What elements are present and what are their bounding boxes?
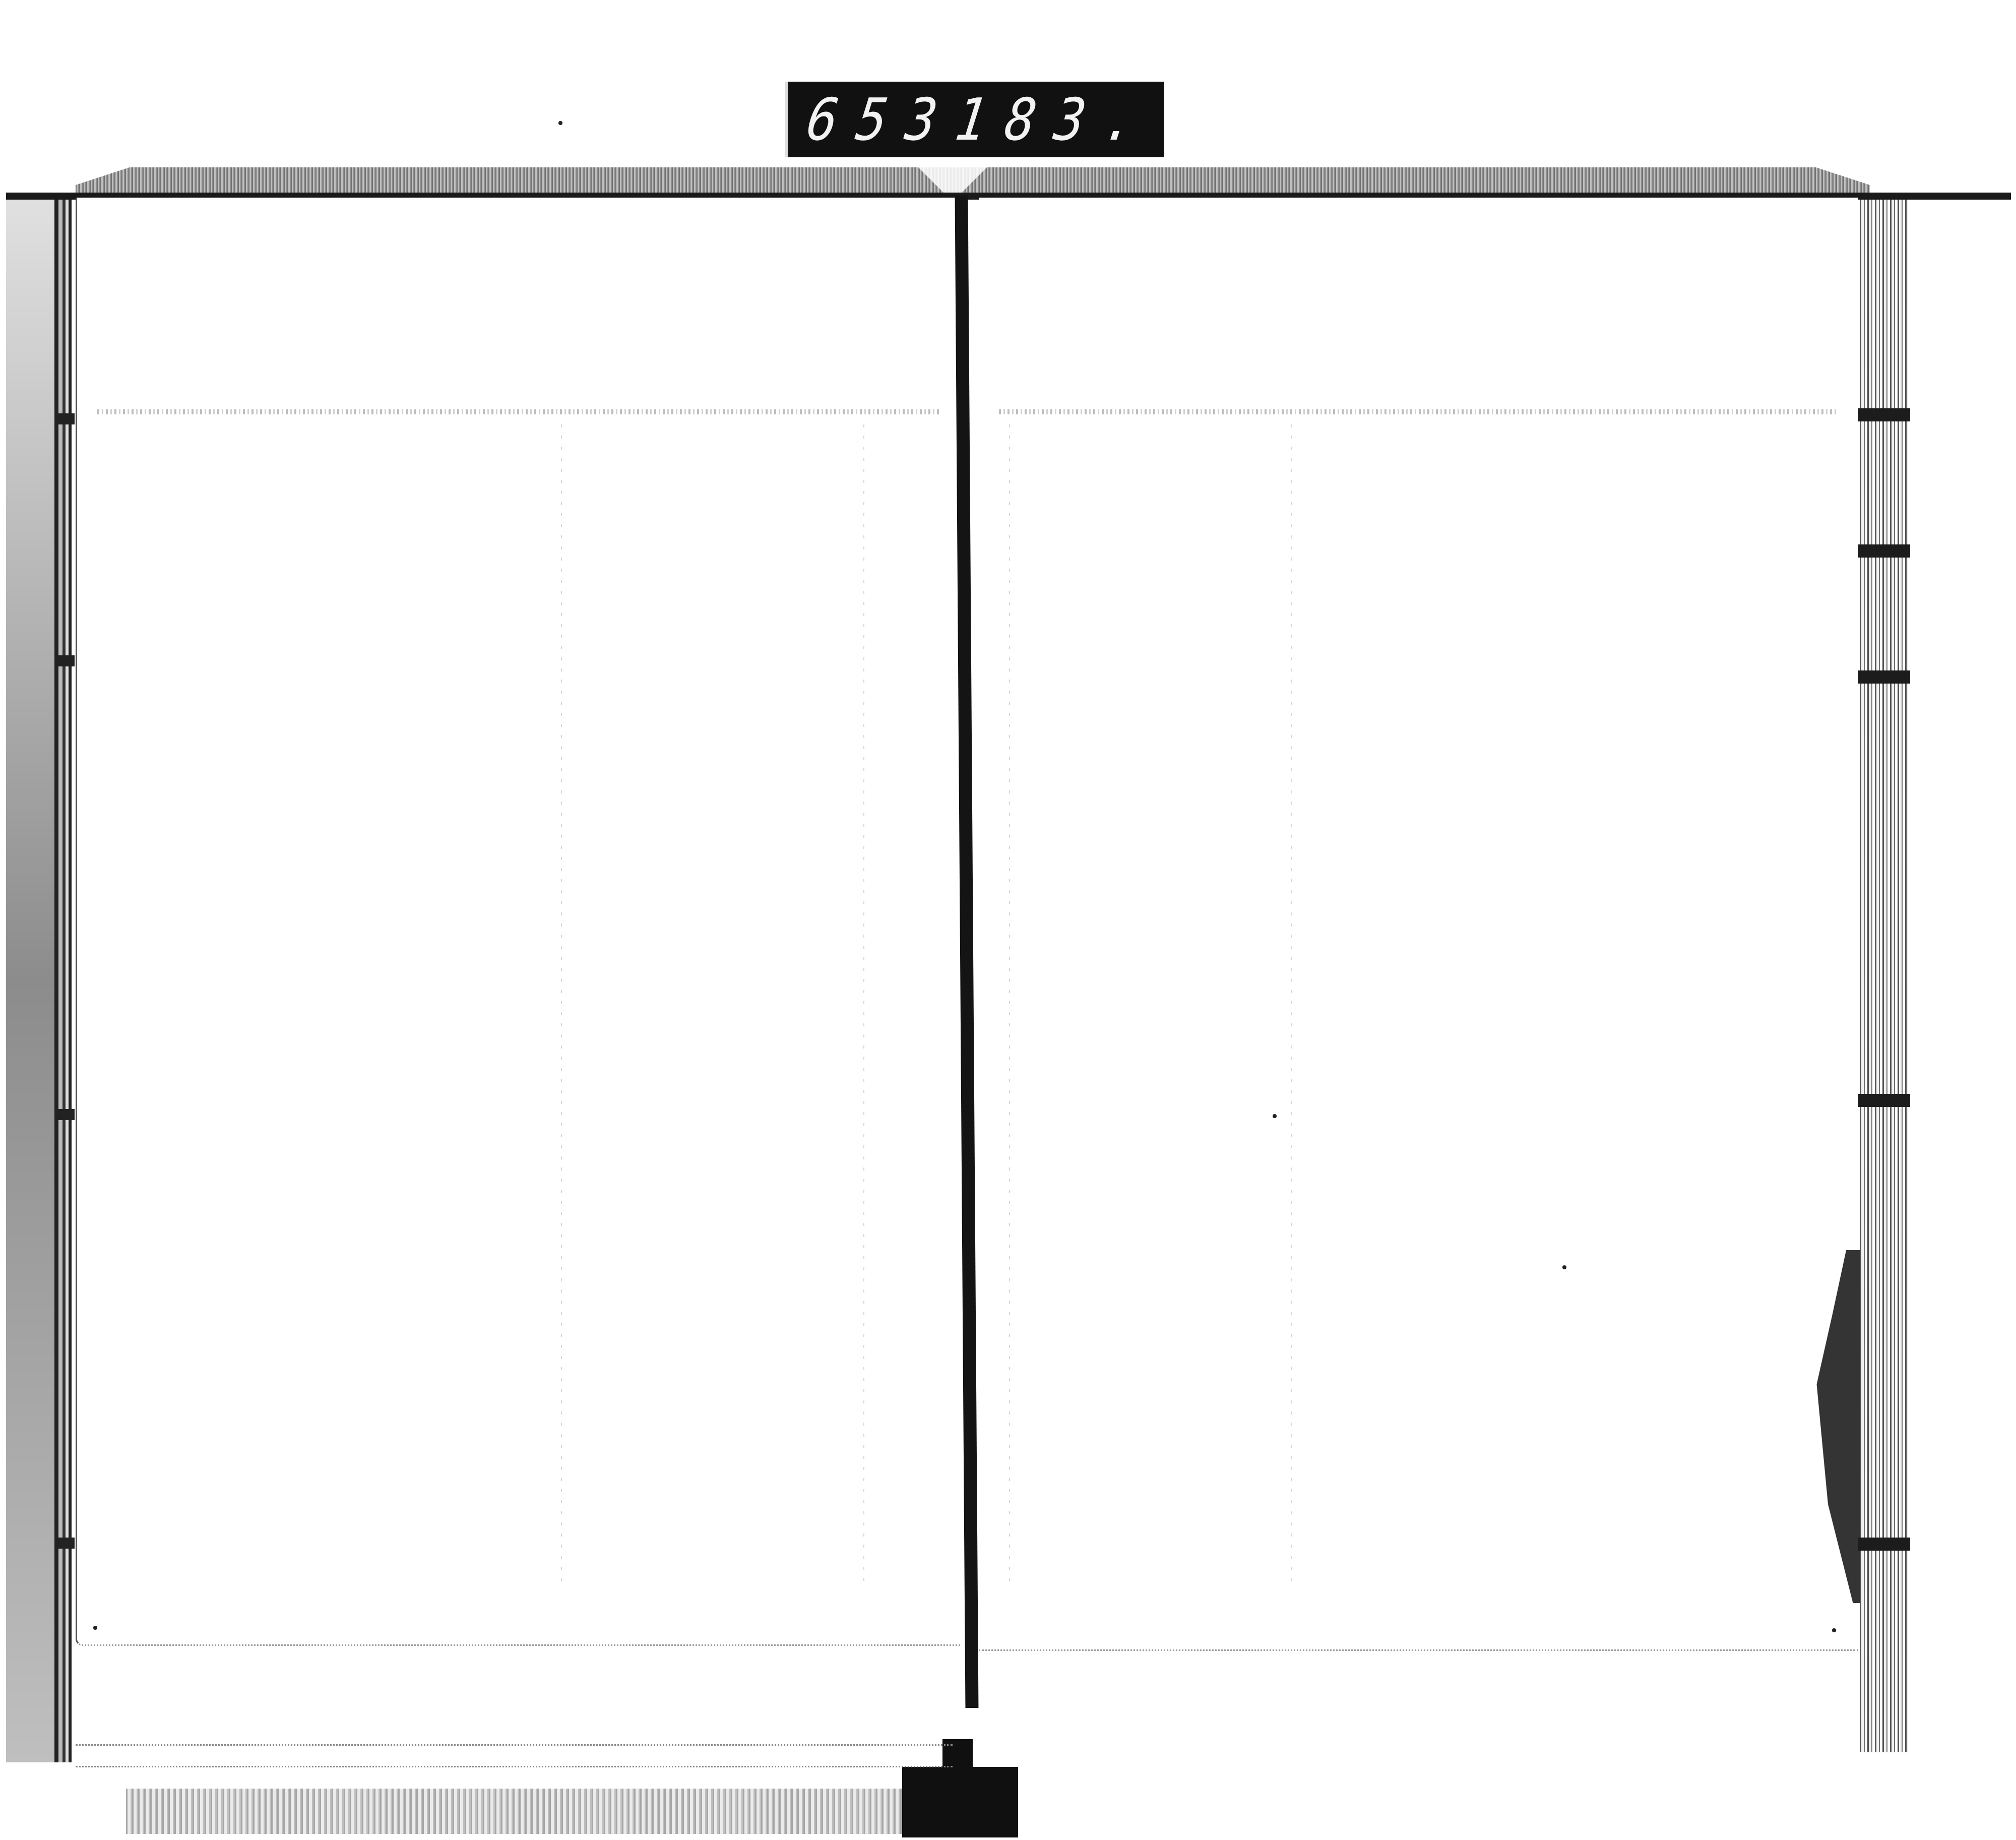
reel-number: 653: [803, 86, 961, 154]
right-edge-marker: [1858, 1094, 1910, 1107]
column-rule: [1009, 424, 1010, 1589]
right-edge-marker: [1858, 408, 1910, 421]
scan-speck: [558, 121, 562, 125]
right-edge-marker: [1858, 1538, 1910, 1551]
header-rule: [97, 409, 940, 414]
scan-speck: [1832, 1628, 1836, 1632]
column-rule: [863, 424, 864, 1584]
column-rule: [561, 424, 562, 1584]
right-edge-marker: [1858, 544, 1910, 558]
bottom-cover-edge: [126, 1789, 902, 1834]
right-page: [979, 198, 1858, 1651]
scan-speck: [1273, 1114, 1277, 1118]
column-rule: [1291, 424, 1292, 1589]
left-page-stack-edge: [6, 200, 77, 1762]
left-edge-marker: [54, 1109, 75, 1120]
scan-speck: [1562, 1265, 1566, 1269]
right-page-stack-edge: [1860, 200, 1908, 1752]
bottom-page-stack: [76, 1744, 953, 1767]
microfilm-scan: 653 183.: [0, 0, 2016, 1840]
left-edge-marker: [54, 655, 75, 666]
left-page: [76, 198, 960, 1646]
scan-speck: [93, 1626, 97, 1630]
right-edge-marker: [1858, 670, 1910, 684]
spine-base-block: [902, 1767, 1018, 1837]
frame-number: 183.: [951, 86, 1159, 154]
left-edge-marker: [54, 1538, 75, 1549]
header-rule: [999, 409, 1838, 414]
frame-label: 653 183.: [785, 82, 1164, 157]
left-edge-marker: [54, 413, 75, 424]
